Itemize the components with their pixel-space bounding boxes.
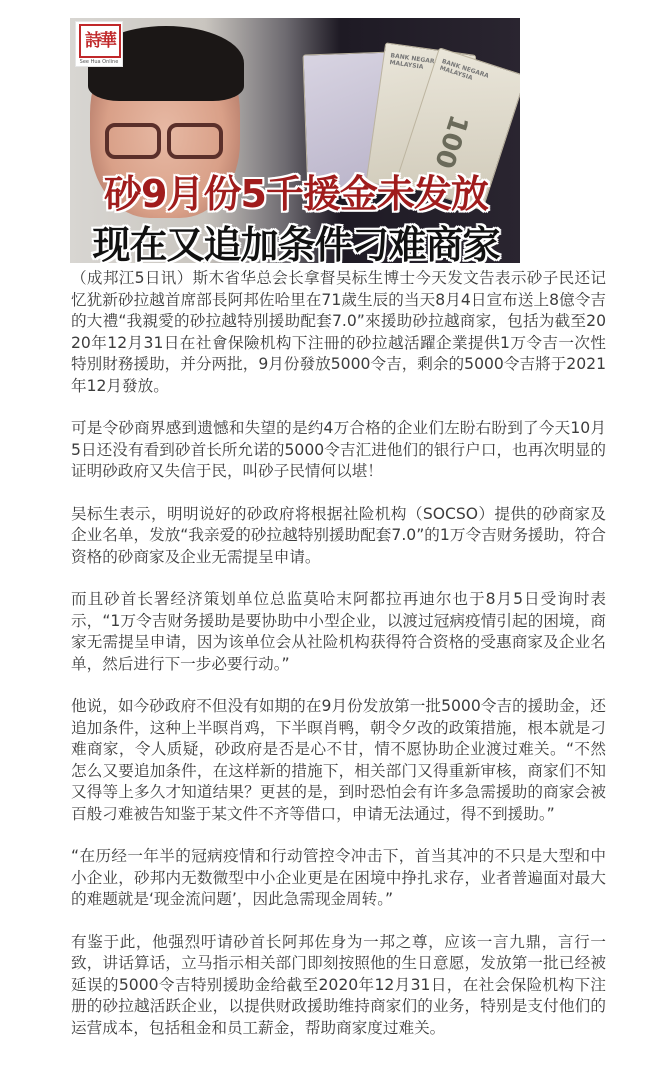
banknote-label: BANK NEGARA MALAYSIA: [439, 58, 520, 97]
article-paragraph: 可是令砂商界感到遗憾和失望的是约4万合格的企业们左盼右盼到了今天10月5日还没有…: [71, 418, 606, 483]
glasses-graphic: [105, 123, 225, 153]
article-paragraph: 吴标生表示，明明说好的砂政府将根据社险机构（SOCSO）提供的砂商家及企业名单，…: [71, 504, 606, 569]
article-paragraph: （成邦江5日讯）斯木省华总会长拿督吴标生博士今天发文告表示砂子民还记忆犹新砂拉越…: [71, 268, 606, 397]
headline-line-1: 砂9月份5千援金未发放: [80, 163, 512, 218]
article-paragraph: “在历经一年半的冠病疫情和行动管控令冲击下，首当其冲的不只是大型和中小企业，砂邦…: [71, 846, 606, 911]
logo-seal: 詩華: [79, 24, 121, 58]
hero-image: BANK NEGARA MALAYSIA BANK NEGARA MALAYSI…: [70, 18, 520, 263]
article-body: （成邦江5日讯）斯木省华总会长拿督吴标生博士今天发文告表示砂子民还记忆犹新砂拉越…: [71, 268, 606, 1060]
article-paragraph: 他说，如今砂政府不但没有如期的在9月份发放第一批5000令吉的援助金，还追加条件…: [71, 696, 606, 825]
article-paragraph: 而且砂首长署经济策划单位总监莫哈末阿都拉再迪尔也于8月5日受询时表示，“1万令吉…: [71, 589, 606, 675]
headline-line-2: 现在又追加条件刁难商家: [80, 214, 512, 263]
logo-subtitle: See Hua Online: [76, 59, 122, 65]
publisher-logo: 詩華 See Hua Online: [75, 21, 123, 67]
article-paragraph: 有鉴于此，他强烈吁请砂首长阿邦佐身为一邦之尊，应该一言九鼎，言行一致，讲话算话，…: [71, 932, 606, 1040]
